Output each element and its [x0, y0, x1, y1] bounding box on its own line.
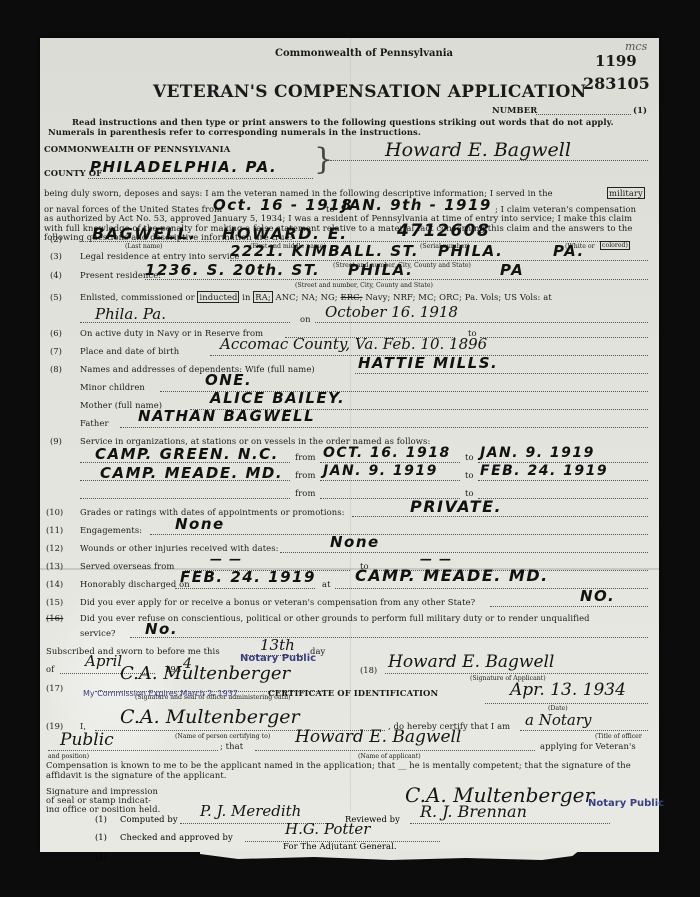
- to-line: [478, 498, 648, 499]
- q16-field-line: [130, 637, 648, 638]
- q5-number: (5): [50, 292, 62, 302]
- discharge-date: FEB. 24. 1919: [180, 568, 316, 586]
- legal-residence-city: PHILA.: [438, 242, 503, 260]
- children-value: ONE.: [205, 371, 252, 389]
- applicant-signature-line: [385, 673, 648, 674]
- q14-number: (14): [46, 579, 63, 589]
- branch-options-a: ANC; NA; NG;: [276, 292, 338, 302]
- q6-to-line: [480, 337, 648, 338]
- computed-ref: (1): [95, 852, 107, 862]
- state-label: COMMONWEALTH OF PENNSYLVANIA: [44, 144, 230, 154]
- certifier-signature: C.A. Multenberger: [120, 706, 300, 728]
- in-label: in: [242, 292, 250, 302]
- computed-by-ref: (1): [95, 814, 107, 824]
- org-line: [80, 462, 290, 463]
- other-state-bonus-label: Did you ever apply for or receive a bonu…: [80, 597, 475, 607]
- wife-field-line: [355, 373, 648, 374]
- to-label: to: [465, 452, 474, 462]
- sworn-day: 13th: [260, 636, 295, 654]
- certificate-date: Apr. 13. 1934: [510, 680, 626, 700]
- service-to: FEB. 24. 1919: [480, 463, 608, 479]
- service-to: JAN. 9. 1919: [480, 445, 595, 461]
- from-label: from: [295, 470, 316, 480]
- org-line: [80, 480, 290, 481]
- document-title: VETERAN'S COMPENSATION APPLICATION: [153, 82, 586, 102]
- compensation-application-document: mcs 1199 283105 Commonwealth of Pennsylv…: [40, 38, 659, 850]
- service-label: service?: [80, 628, 116, 638]
- paper-bottom: (1) Computed by P. J. Meredith Reviewed …: [40, 812, 659, 852]
- q3-number: (3): [50, 251, 62, 261]
- q11-number: (11): [46, 525, 63, 535]
- org-line: [80, 498, 290, 499]
- last-name-caption: (Last name): [125, 243, 162, 250]
- checked-by-label: Checked and approved by: [120, 832, 233, 842]
- of-label: of: [46, 664, 54, 674]
- q16-number: (16): [46, 613, 63, 623]
- checked-ref: (1): [95, 832, 107, 842]
- q12-number: (12): [46, 543, 63, 553]
- conscientious-objector-value: No.: [145, 620, 178, 638]
- certifier-caption: (Name of person certifying to): [175, 733, 270, 740]
- other-state-bonus-value: NO.: [580, 587, 615, 605]
- computed-by-signature: P. J. Meredith: [200, 802, 301, 820]
- checked-by-signature: H.G. Potter: [285, 820, 370, 838]
- title-line: [520, 730, 648, 731]
- children-label: Minor children: [80, 382, 145, 392]
- legal-residence-state: PA.: [553, 242, 585, 260]
- oath-applicant-signature: Howard E. Bagwell: [385, 139, 571, 161]
- service-to-date: JAN. 9th - 1919: [342, 196, 492, 214]
- enlisted-label: Enlisted, commissioned or: [80, 292, 195, 302]
- q4-number: (4): [50, 270, 62, 280]
- q7-number: (7): [50, 346, 62, 356]
- q4-caption: (Street and number, City, County and Sta…: [295, 282, 433, 289]
- discharge-place: CAMP. MEADE. MD.: [355, 566, 549, 585]
- document-subtitle: Commonwealth of Pennsylvania: [275, 48, 453, 59]
- signature-line: [330, 160, 648, 161]
- stamp-number-top: 1199: [595, 52, 637, 70]
- overseas-from: — —: [210, 552, 243, 566]
- certifier-title-b: Public: [60, 730, 114, 750]
- certifier-title-a: a Notary: [525, 711, 591, 729]
- wounds-value: None: [330, 533, 380, 551]
- adjutant-general-label: For The Adjutant General.: [283, 841, 397, 851]
- at-label: at: [322, 579, 331, 589]
- father-field-line: [120, 427, 648, 428]
- enlistment-place: Phila. Pa.: [95, 305, 166, 323]
- serial-number: 4712608: [397, 221, 490, 241]
- number-ref: (1): [633, 105, 647, 115]
- number-label: NUMBER: [492, 105, 537, 115]
- that-label: ; that: [220, 741, 243, 751]
- wife-name: HATTIE MILLS.: [358, 354, 498, 372]
- inducted-selected: inducted: [197, 291, 239, 303]
- q9-number: (9): [50, 436, 62, 446]
- service-from: JAN. 9. 1919: [323, 463, 438, 479]
- service-from: OCT. 16. 1918: [323, 445, 451, 461]
- q2-number: (2): [50, 234, 62, 244]
- applicant-name-caption: (Name of applicant): [358, 753, 421, 760]
- erc-struck: ERC;: [340, 292, 362, 302]
- from-label: from: [295, 488, 316, 498]
- applicant-final-signature: Howard E. Bagwell: [388, 652, 554, 672]
- q15-number: (15): [46, 597, 63, 607]
- stamp-number-bottom: 283105: [583, 74, 650, 93]
- branch-options-b: Navy; NRF; MC; ORC; Pa. Vols; US Vols: a…: [365, 292, 551, 302]
- wounds-label: Wounds or other injuries received with d…: [80, 543, 279, 553]
- county-value: PHILADELPHIA. PA.: [90, 158, 277, 176]
- reviewed-by-line: [410, 823, 610, 824]
- mother-name: ALICE BAILEY.: [210, 389, 345, 407]
- overseas-to: — —: [420, 552, 453, 566]
- q8-number: (8): [50, 364, 62, 374]
- title-caption-b: and position): [48, 753, 89, 760]
- q11-field-line: [150, 534, 648, 535]
- birth-label: Place and date of birth: [80, 346, 179, 356]
- reviewed-by-signature: R. J. Brennan: [420, 802, 527, 821]
- applicant-name-line: [255, 750, 535, 751]
- subscribed-label: Subscribed and sworn to before me this: [46, 646, 220, 656]
- engagements-label: Engagements:: [80, 525, 142, 535]
- overseas-label: Served overseas from: [80, 561, 174, 571]
- legal-residence-label: Legal residence at entry into service: [80, 251, 239, 261]
- torn-edge: [200, 850, 580, 860]
- q10-number: (10): [46, 507, 63, 517]
- sworn-month: April: [85, 652, 122, 670]
- q4-field-line: [145, 279, 648, 280]
- discharge-label: Honorably discharged on: [80, 579, 190, 589]
- grade-value: PRIVATE.: [410, 497, 502, 516]
- county-field-line: [88, 178, 313, 179]
- number-field: [536, 114, 631, 115]
- commission-expires-stamp: My Commission Expires March 2, 1937: [83, 689, 238, 698]
- birth-place-date: Accomac County, Va. Feb. 10. 1896: [220, 335, 487, 353]
- q15-field-line: [490, 606, 648, 607]
- title-b-line: [48, 750, 218, 751]
- q5-label: Enlisted, commissioned or inducted in RA…: [80, 292, 552, 302]
- certificate-title: CERTIFICATE OF IDENTIFICATION: [268, 688, 438, 698]
- legal-residence-street: 2221. KIMBALL. ST.: [230, 242, 419, 260]
- on-label: on: [300, 314, 311, 324]
- to-label: to: [465, 470, 474, 480]
- applying-text: applying for Veteran's: [540, 741, 636, 751]
- race-caption-colored: colored): [600, 241, 630, 250]
- certified-applicant-name: Howard E. Bagwell: [295, 727, 461, 747]
- q5-place-line: [80, 322, 290, 323]
- from-label: from: [295, 452, 316, 462]
- wife-label: Names and addresses of dependents: Wife …: [80, 364, 315, 374]
- engagements-value: None: [175, 515, 225, 533]
- instructions-text: Read instructions and then type or print…: [48, 117, 648, 137]
- from-line: [320, 480, 460, 481]
- present-residence-city: PHILA.: [348, 261, 413, 279]
- q5-date-line: [315, 322, 648, 323]
- q13-number: (13): [46, 561, 63, 571]
- service-org: CAMP. GREEN. N.C.: [95, 445, 279, 463]
- computed-by-label: Computed by: [120, 814, 178, 824]
- q10-field-line: [352, 516, 648, 517]
- officer-signature: C.A. Multenberger: [120, 663, 290, 684]
- father-name: NATHAN BAGWELL: [138, 407, 315, 425]
- service-branch-selected: military: [607, 187, 645, 199]
- to-line: [478, 480, 648, 481]
- date-line: [485, 703, 648, 704]
- q12-field-line: [280, 552, 648, 553]
- present-residence-street: 1236. S. 20th. ST.: [145, 261, 320, 279]
- q18-number: (18): [360, 665, 377, 675]
- q14-date-line: [175, 588, 315, 589]
- father-label: Father: [80, 418, 109, 428]
- q17-number: (17): [46, 683, 63, 693]
- present-residence-state: PA: [500, 261, 524, 279]
- enlistment-date: October 16. 1918: [325, 303, 458, 321]
- q6-number: (6): [50, 328, 62, 338]
- certificate-body: Compensation is known to me to be the ap…: [46, 760, 648, 780]
- ra-selected: RA;: [253, 291, 272, 303]
- title-caption-a: (Title of officer: [595, 733, 642, 740]
- identifier-notary-stamp: Notary Public: [588, 798, 664, 809]
